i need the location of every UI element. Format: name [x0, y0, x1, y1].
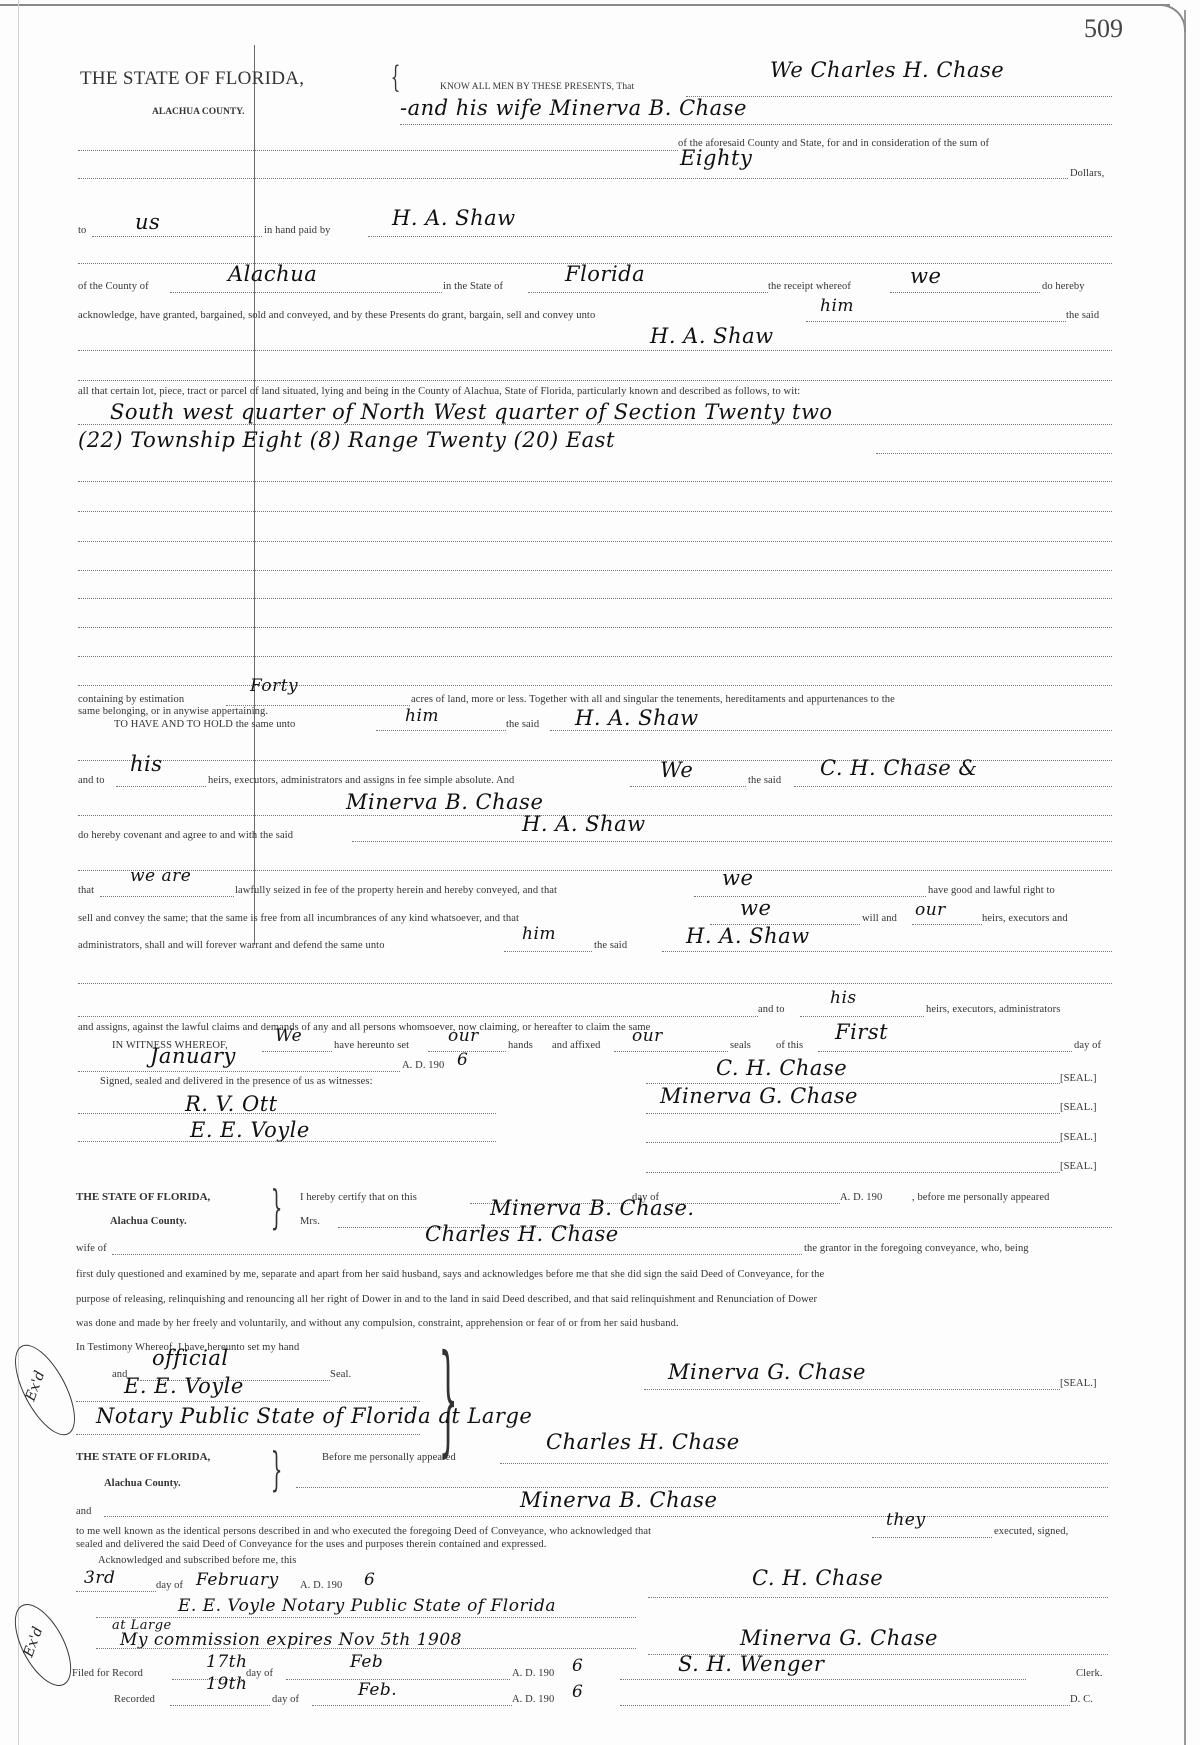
seal-label-3: [SEAL.] — [1060, 1132, 1097, 1143]
heirs-said-value-2: Minerva B. Chase — [346, 790, 543, 814]
page-edge — [0, 4, 1170, 6]
dower-wife-value: Charles H. Chase — [425, 1222, 619, 1246]
grant-said-label: the said — [1066, 310, 1099, 321]
recorded-day-value: 19th — [206, 1674, 247, 1694]
grant-unto-value: him — [820, 296, 854, 316]
containing-label: containing by estimation — [78, 694, 184, 705]
warrant-text: administrators, shall and will forever w… — [78, 940, 385, 951]
signature-2: Minerva G. Chase — [660, 1084, 858, 1108]
deed-page: 509 THE STATE OF FLORIDA, { ALACHUA COUN… — [0, 0, 1200, 1745]
acres-value: Forty — [250, 676, 298, 696]
ack-month-value: February — [196, 1570, 279, 1590]
recorded-year-value: 6 — [572, 1682, 583, 1702]
clerk-label: Clerk. — [1076, 1668, 1103, 1679]
will-value: our — [915, 900, 946, 920]
heirs-and-to-label: and to — [78, 775, 105, 786]
grant-text: acknowledge, have granted, bargained, so… — [78, 310, 595, 321]
dower-body-2: purpose of releasing, relinquishing and … — [76, 1294, 817, 1305]
grantors-line-1: We Charles H. Chase — [770, 58, 1004, 82]
witness-affixed-value: our — [632, 1026, 663, 1046]
paid-by-value: H. A. Shaw — [392, 206, 516, 230]
ack-text-1: to me well known as the identical person… — [76, 1526, 651, 1537]
dower-seal-label: [SEAL.] — [1060, 1378, 1097, 1389]
dower-wife-label: wife of — [76, 1243, 107, 1254]
seized-that2-value: we — [722, 866, 753, 890]
ack-text-2: sealed and delivered the said Deed of Co… — [76, 1539, 547, 1550]
dower-county: Alachua County. — [110, 1216, 187, 1227]
notary-title: Notary Public State of Florida at Large — [96, 1404, 532, 1428]
consideration-amount: Eighty — [680, 146, 752, 170]
will-label: will and — [862, 913, 897, 924]
witness-year-value: 6 — [457, 1050, 468, 1070]
testimony-official-value: official — [152, 1346, 229, 1370]
ack-executed-label: executed, signed, — [994, 1526, 1068, 1537]
witness-month-value: January — [150, 1044, 236, 1068]
heirs-said-value: C. H. Chase & — [820, 756, 978, 780]
ack-ad-label: A. D. 190 — [300, 1580, 342, 1591]
signed-label: Signed, sealed and delivered in the pres… — [100, 1076, 373, 1087]
dower-grantor-text: the grantor in the foregoing conveyance,… — [804, 1243, 1029, 1254]
state-label: in the State of — [443, 281, 503, 292]
seal-label-2: [SEAL.] — [1060, 1102, 1097, 1113]
ack-state: THE STATE OF FLORIDA, — [76, 1451, 210, 1463]
witness-set-label: have hereunto set — [334, 1040, 409, 1051]
clerk-signature: S. H. Wenger — [678, 1652, 824, 1676]
county-label: of the County of — [78, 281, 149, 292]
land-description-1: South west quarter of North West quarter… — [110, 400, 833, 424]
dower-mrs-label: Mrs. — [300, 1216, 320, 1227]
filed-year-value: 6 — [572, 1656, 583, 1676]
land-intro: all that certain lot, piece, tract or pa… — [78, 386, 800, 397]
to-label: to — [78, 225, 86, 236]
to-value: us — [135, 210, 160, 234]
seal-label-4: [SEAL.] — [1060, 1161, 1097, 1172]
filed-ad-label: A. D. 190 — [512, 1668, 554, 1679]
filed-day-of-label: day of — [246, 1668, 273, 1679]
receipt-value: we — [910, 264, 941, 288]
ack-signature-1: C. H. Chase — [752, 1566, 883, 1590]
brace: } — [271, 1180, 283, 1234]
belonging-text: same belonging, or in anywise appertaini… — [78, 706, 268, 717]
heirs-his-value: his — [130, 752, 163, 776]
preamble: KNOW ALL MEN BY THESE PRESENTS, That — [440, 82, 634, 92]
seal-label-1: [SEAL.] — [1060, 1073, 1097, 1084]
filed-label: Filed for Record — [72, 1668, 143, 1679]
ack-person-1: Charles H. Chase — [546, 1430, 740, 1454]
ack-year-value: 6 — [364, 1570, 375, 1590]
covenant-label: do hereby covenant and agree to and with… — [78, 830, 293, 841]
receipt-label: the receipt whereof — [768, 281, 851, 292]
grantors-line-2: -and his wife Minerva B. Chase — [400, 96, 747, 120]
hereby-label: do hereby — [1042, 281, 1085, 292]
margin-rule — [254, 45, 255, 945]
assigns-text: and assigns, against the lawful claims a… — [78, 1022, 650, 1033]
dower-signature: Minerva G. Chase — [668, 1360, 866, 1384]
ack-before-label: Before me personally appeared — [322, 1452, 456, 1463]
heirs-and-value: We — [660, 758, 693, 782]
habendum-said-label: the said — [506, 719, 539, 730]
ack-and-label: and — [76, 1506, 91, 1517]
covenant-value: H. A. Shaw — [522, 812, 646, 836]
margin-mark-lower — [3, 1595, 82, 1694]
signature-1: C. H. Chase — [716, 1056, 847, 1080]
witness-day-of-label: day of — [1074, 1040, 1101, 1051]
ack-signature-2: Minerva G. Chase — [740, 1626, 938, 1650]
filed-day-value: 17th — [206, 1652, 247, 1672]
habendum-said-value: H. A. Shaw — [575, 706, 699, 730]
dollars-label: Dollars, — [1070, 168, 1104, 179]
witness-this-label: of this — [776, 1040, 803, 1051]
to-have-label: TO HAVE AND TO HOLD the same unto — [114, 719, 295, 730]
dower-body-3: was done and made by her freely and volu… — [76, 1318, 679, 1329]
assigns-text-end: heirs, executors, administrators — [926, 1004, 1060, 1015]
assigns-his-value: his — [830, 988, 857, 1008]
heirs-text: heirs, executors, administrators and ass… — [208, 775, 514, 786]
assigns-and-to-label: and to — [758, 1004, 785, 1015]
land-description-2: (22) Township Eight (8) Range Twenty (20… — [78, 428, 615, 452]
page-edge — [18, 0, 19, 1745]
dower-before-label: , before me personally appeared — [912, 1192, 1050, 1203]
brace: } — [271, 1442, 283, 1496]
ack-notary-line: E. E. Voyle Notary Public State of Flori… — [178, 1596, 556, 1616]
dc-label: D. C. — [1070, 1694, 1093, 1705]
warrant-unto-value: him — [522, 924, 556, 944]
paid-by-label: in hand paid by — [264, 225, 331, 236]
recorded-label: Recorded — [114, 1694, 155, 1705]
dower-mrs-value: Minerva B. Chase. — [490, 1196, 695, 1220]
ack-they-value: they — [886, 1510, 925, 1530]
witness-2: E. E. Voyle — [190, 1118, 310, 1142]
ack-county: Alachua County. — [104, 1478, 181, 1489]
dower-state: THE STATE OF FLORIDA, — [76, 1191, 210, 1203]
ack-day-value: 3rd — [84, 1568, 115, 1588]
incumbrances-text: sell and convey the same; that the same … — [78, 913, 519, 924]
witness-day-value: First — [835, 1020, 888, 1044]
ack-subscribed-label: Acknowledged and subscribed before me, t… — [98, 1555, 297, 1566]
county-value: Alachua — [228, 262, 317, 286]
heirs-said-label: the said — [748, 775, 781, 786]
acres-text: acres of land, more or less. Together wi… — [411, 694, 895, 705]
dower-ad-label: A. D. 190 — [840, 1192, 882, 1203]
witness-affixed-label: and affixed — [552, 1040, 600, 1051]
margin-mark-upper — [3, 1336, 87, 1444]
page-edge — [1184, 10, 1186, 1745]
page-number: 509 — [1084, 14, 1123, 44]
ack-day-of-label: day of — [156, 1580, 183, 1591]
incumbrances-text-2: heirs, executors and — [982, 913, 1068, 924]
grant-said-value: H. A. Shaw — [650, 324, 774, 348]
state-value: Florida — [565, 262, 645, 286]
warrant-said-label: the said — [594, 940, 627, 951]
warrant-said-value: H. A. Shaw — [686, 924, 810, 948]
brace: { — [391, 60, 401, 95]
header-county: ALACHUA COUNTY. — [152, 107, 245, 117]
recorded-ad-label: A. D. 190 — [512, 1694, 554, 1705]
dower-body-1: first duly questioned and examined by me… — [76, 1269, 824, 1280]
brace: } — [439, 1330, 458, 1469]
testimony-seal-label: Seal. — [330, 1369, 351, 1380]
seized-text: lawfully seized in fee of the property h… — [235, 885, 557, 896]
recorded-day-of-label: day of — [272, 1694, 299, 1705]
habendum-unto-value: him — [405, 706, 439, 726]
witness-ad-label: A. D. 190 — [402, 1060, 444, 1071]
incumbrances-that-value: we — [740, 896, 771, 920]
witness-set-value: our — [448, 1026, 479, 1046]
witness-hand-label: hands — [508, 1040, 533, 1051]
ack-commission-line: My commission expires Nov 5th 1908 — [120, 1630, 462, 1650]
filed-month-value: Feb — [350, 1652, 383, 1672]
seized-that-value: we are — [130, 866, 191, 886]
witness-who-value: We — [275, 1026, 302, 1046]
dower-certify-text: I hereby certify that on this — [300, 1192, 417, 1203]
seized-that-label: that — [78, 885, 94, 896]
witness-seal-label: seals — [730, 1040, 751, 1051]
ack-person-2: Minerva B. Chase — [520, 1488, 717, 1512]
recorded-month-value: Feb. — [358, 1680, 397, 1700]
notary-signature: E. E. Voyle — [124, 1374, 244, 1398]
header-state: THE STATE OF FLORIDA, — [80, 68, 304, 90]
seized-text-2: have good and lawful right to — [928, 885, 1055, 896]
page-corner — [1158, 4, 1186, 32]
